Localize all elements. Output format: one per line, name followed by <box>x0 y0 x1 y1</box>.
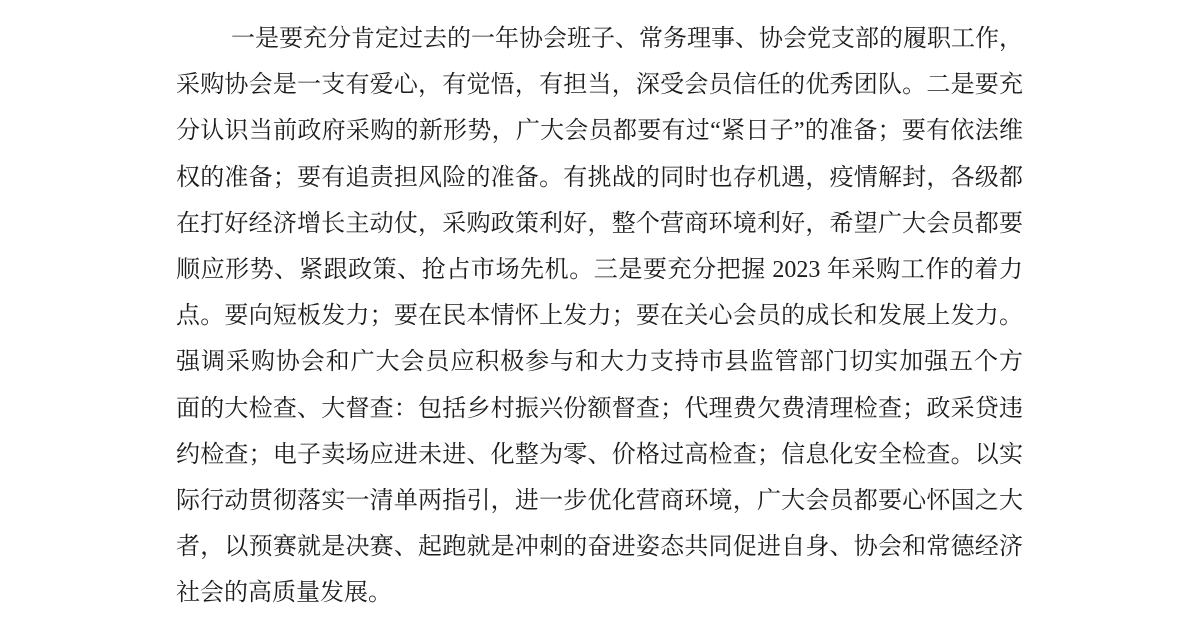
text-line: 约检查；电子卖场应进未进、化整为零、价格过高检查；信息化安全检查。以实 <box>176 432 1023 478</box>
text-line: 际行动贯彻落实一清单两指引，进一步优化营商环境，广大会员都要心怀国之大 <box>176 478 1023 524</box>
text-line: 面的大检查、大督查：包括乡村振兴份额督查；代理费欠费清理检查；政采贷违 <box>176 386 1023 432</box>
text-line: 顺应形势、紧跟政策、抢占市场先机。三是要充分把握 2023 年采购工作的着力 <box>176 247 1023 293</box>
text-line: 者，以预赛就是决赛、起跑就是冲刺的奋进姿态共同促进自身、协会和常德经济 <box>176 524 1023 570</box>
body-paragraph: 一是要充分肯定过去的一年协会班子、常务理事、协会党支部的履职工作， 采购协会是一… <box>176 16 1023 617</box>
text-line: 在打好经济增长主动仗，采购政策利好，整个营商环境利好，希望广大会员都要 <box>176 201 1023 247</box>
text-line: 点。要向短板发力；要在民本情怀上发力；要在关心会员的成长和发展上发力。 <box>176 293 1023 339</box>
document-page: 一是要充分肯定过去的一年协会班子、常务理事、协会党支部的履职工作， 采购协会是一… <box>0 0 1200 624</box>
text-line: 社会的高质量发展。 <box>176 570 1023 616</box>
text-line: 强调采购协会和广大会员应积极参与和大力支持市县监管部门切实加强五个方 <box>176 339 1023 385</box>
text-line: 采购协会是一支有爱心，有觉悟，有担当，深受会员信任的优秀团队。二是要充 <box>176 62 1023 108</box>
text-line: 权的准备；要有追责担风险的准备。有挑战的同时也存机遇，疫情解封，各级都 <box>176 155 1023 201</box>
text-line: 一是要充分肯定过去的一年协会班子、常务理事、协会党支部的履职工作， <box>176 16 1023 62</box>
text-line: 分认识当前政府采购的新形势，广大会员都要有过“紧日子”的准备；要有依法维 <box>176 108 1023 154</box>
